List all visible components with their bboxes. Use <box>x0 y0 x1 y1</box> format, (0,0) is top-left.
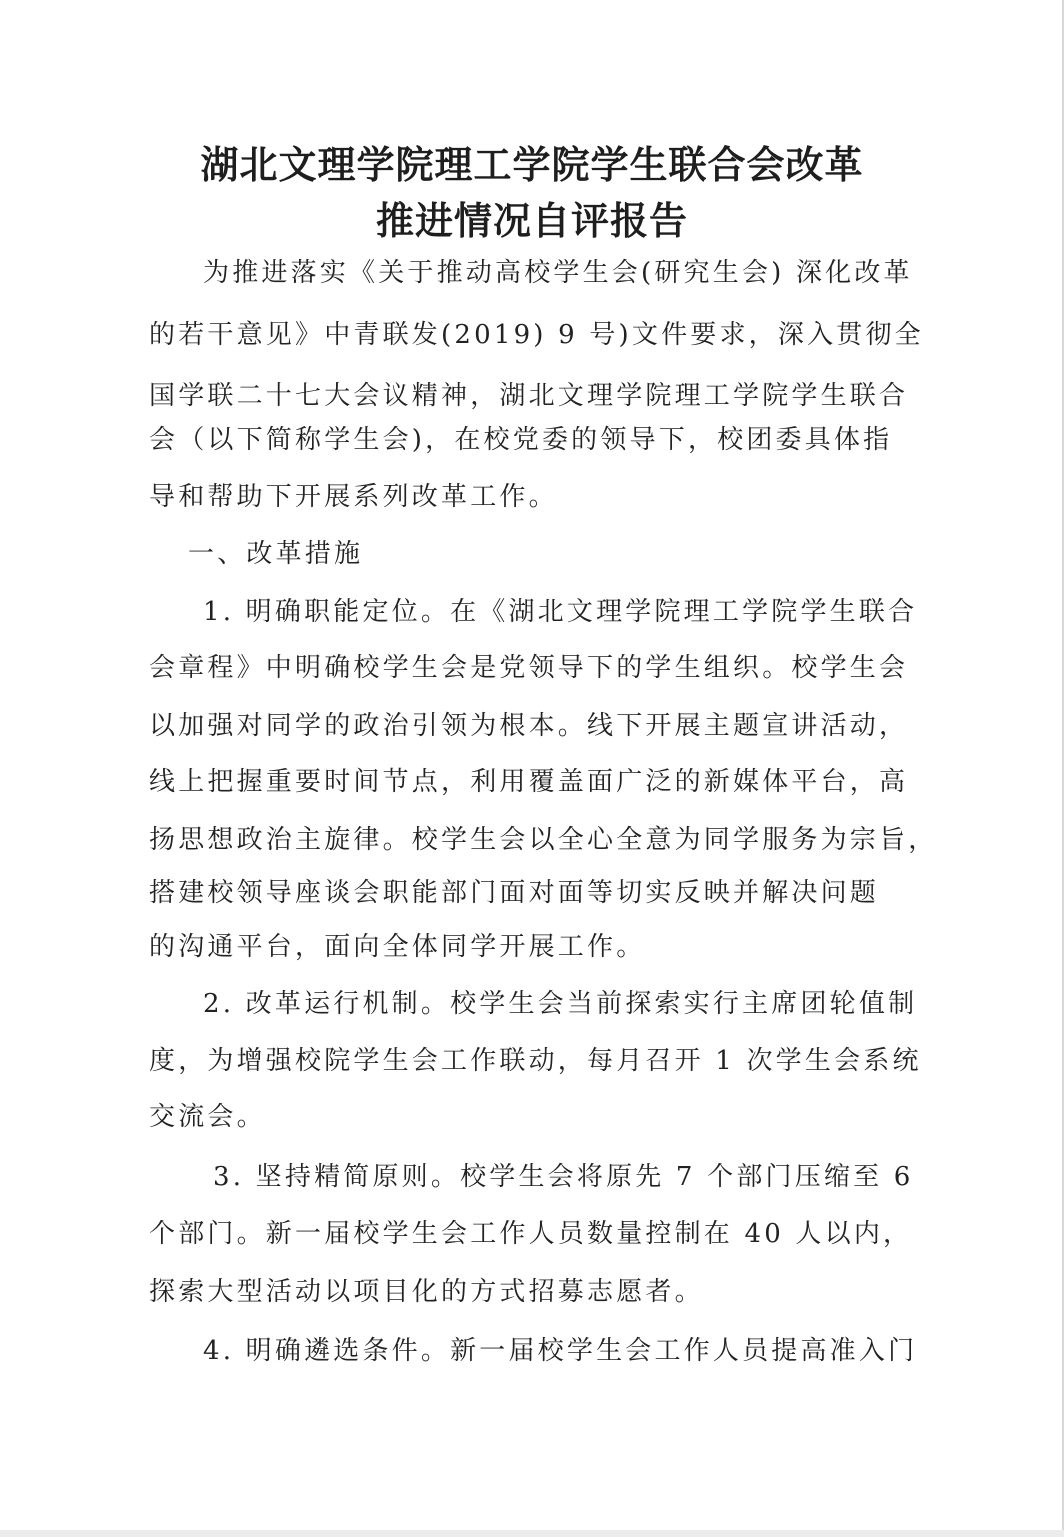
item-1-line: 1. 明确职能定位。在《湖北文理学院理工学院学生联合 <box>203 597 917 627</box>
scanned-document-page: 湖北文理学院理工学院学生联合会改革 推进情况自评报告 为推进落实《关于推动高校学… <box>0 0 1064 1530</box>
item-3-line: 3. 坚持精简原则。校学生会将原先 7 个部门压缩至 6 <box>213 1162 914 1192</box>
item-1-line: 搭建校领导座谈会职能部门面对面等切实反映并解决问题 <box>149 878 879 908</box>
item-1-line: 线上把握重要时间节点，利用覆盖面广泛的新媒体平台，高 <box>149 767 908 797</box>
item-3-line: 个部门。新一届校学生会工作人员数量控制在 40 人以内， <box>149 1219 912 1249</box>
intro-paragraph-line: 国学联二十七大会议精神，湖北文理学院理工学院学生联合 <box>149 381 908 411</box>
section-heading-reform-measures: 一、改革措施 <box>188 539 363 569</box>
item-3-line: 探索大型活动以项目化的方式招募志愿者。 <box>149 1277 704 1307</box>
item-1-line: 以加强对同学的政治引领为根本。线下开展主题宣讲活动， <box>149 711 908 741</box>
intro-paragraph-line: 为推进落实《关于推动高校学生会(研究生会) 深化改革 <box>203 258 913 288</box>
intro-paragraph-line: 会（以下简称学生会)，在校党委的领导下，校团委具体指 <box>149 425 892 455</box>
item-1-line: 扬思想政治主旋律。校学生会以全心全意为同学服务为宗旨， <box>149 825 937 855</box>
item-2-line: 度，为增强校院学生会工作联动，每月召开 1 次学生会系统 <box>149 1046 922 1076</box>
item-1-line: 的沟通平台，面向全体同学开展工作。 <box>149 932 645 962</box>
document-title-line-2: 推进情况自评报告 <box>0 190 1064 245</box>
item-2-line: 交流会。 <box>149 1102 266 1132</box>
item-2-line: 2. 改革运行机制。校学生会当前探索实行主席团轮值制 <box>203 989 917 1019</box>
intro-paragraph-line: 的若干意见》中青联发(2019) 9 号)文件要求，深入贯彻全 <box>149 320 924 350</box>
item-4-line: 4. 明确遴选条件。新一届校学生会工作人员提高准入门 <box>203 1336 917 1366</box>
item-1-line: 会章程》中明确校学生会是党领导下的学生组织。校学生会 <box>149 653 908 683</box>
viewer-bottom-edge <box>0 1530 1064 1537</box>
intro-paragraph-line: 导和帮助下开展系列改革工作。 <box>149 482 558 512</box>
document-title-line-1: 湖北文理学院理工学院学生联合会改革 <box>0 134 1064 189</box>
